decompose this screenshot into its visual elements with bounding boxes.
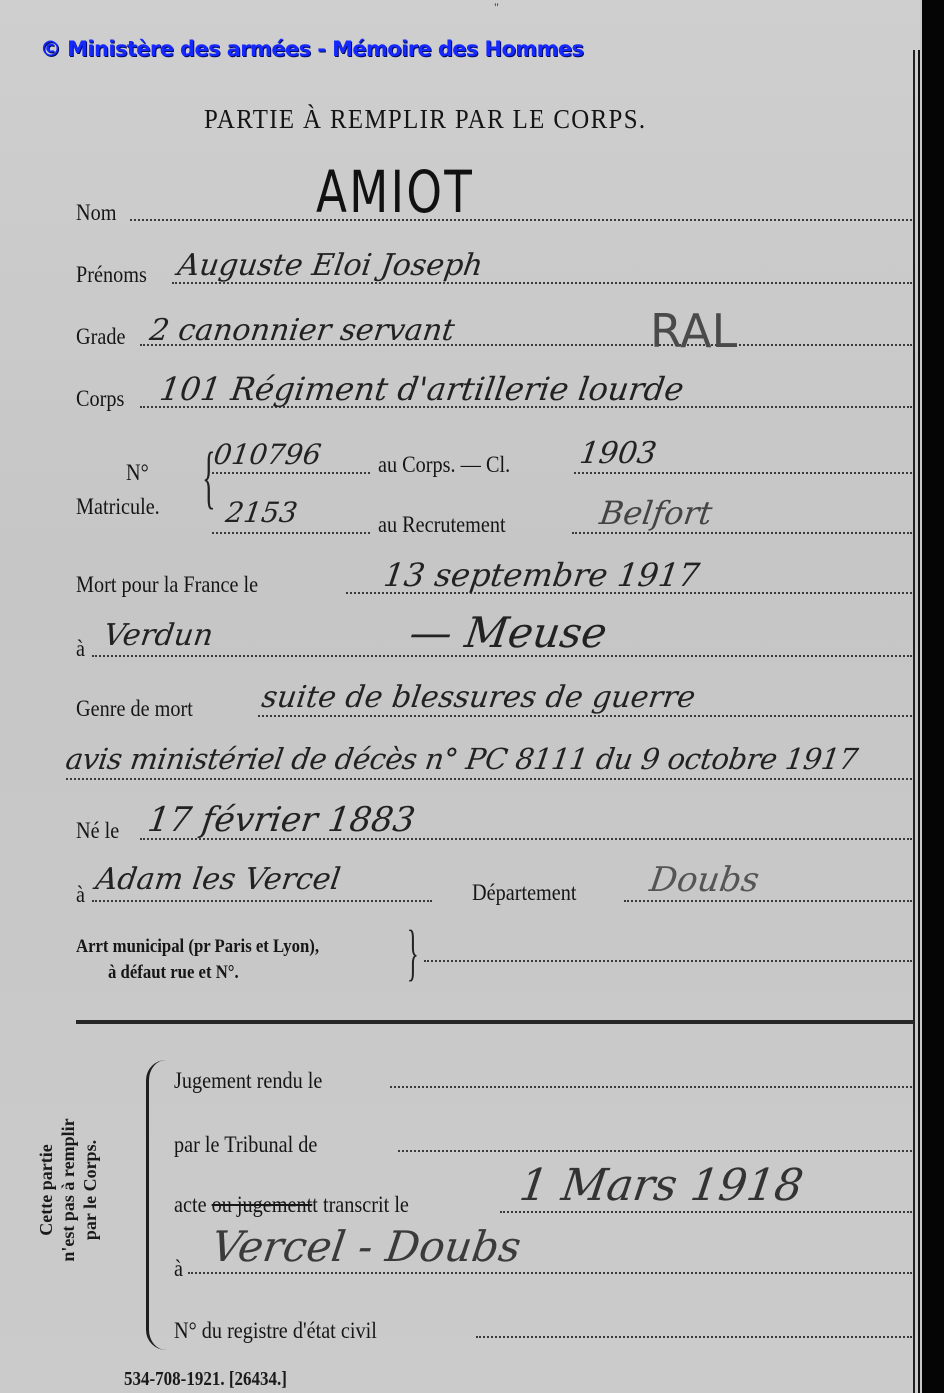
lieu-mort-department: — Meuse bbox=[407, 608, 611, 657]
lieu-mort-label: à bbox=[76, 636, 85, 662]
registre-line bbox=[476, 1336, 912, 1338]
departement-line bbox=[624, 900, 912, 902]
grade-label: Grade bbox=[76, 324, 125, 350]
recrutement-label: au Recrutement bbox=[378, 512, 506, 538]
arrondissement-brace: } bbox=[407, 918, 419, 989]
side-note-line-1: Cette partie bbox=[35, 1090, 57, 1290]
lieu-naissance-line bbox=[92, 900, 432, 902]
genre-mort-note: avis ministériel de décès n° PC 8111 du … bbox=[64, 742, 860, 776]
recrutement-place-line bbox=[572, 532, 912, 534]
side-note-line-3: par le Corps. bbox=[79, 1090, 101, 1290]
civil-section-bracket bbox=[146, 1060, 169, 1350]
matricule-label: Matricule. bbox=[76, 494, 160, 520]
mort-label: Mort pour la France le bbox=[76, 572, 258, 598]
lieu-naissance-label: à bbox=[76, 882, 85, 908]
lieu-transcription-value: Vercel - Doubs bbox=[209, 1222, 524, 1271]
lieu-naissance-value: Adam les Vercel bbox=[94, 862, 343, 897]
naissance-label: Né le bbox=[76, 818, 119, 844]
grade-annotation: RAL bbox=[650, 304, 737, 358]
classe-value: 1903 bbox=[578, 436, 659, 471]
genre-mort-line bbox=[258, 715, 912, 717]
matricule-no-label: N° bbox=[126, 460, 149, 486]
nom-label: Nom bbox=[76, 200, 116, 226]
lieu-transcription-label: à bbox=[174, 1256, 183, 1282]
nom-value: AMIOT bbox=[316, 158, 474, 226]
registre-label: N° du registre d'état civil bbox=[174, 1318, 377, 1344]
print-code: 534-708-1921. [26434.] bbox=[124, 1368, 287, 1391]
scan-edge bbox=[922, 0, 944, 1393]
genre-mort-label: Genre de mort bbox=[76, 696, 193, 722]
mort-value: 13 septembre 1917 bbox=[381, 556, 702, 594]
acte-line bbox=[500, 1211, 912, 1213]
arrondissement-label-2: à défaut rue et N°. bbox=[108, 962, 239, 984]
departement-label: Département bbox=[472, 880, 577, 906]
departement-value: Doubs bbox=[647, 860, 761, 900]
nom-line bbox=[130, 219, 912, 221]
civil-section-note: Cette partie n'est pas à remplir par le … bbox=[35, 1090, 101, 1290]
acte-value: 1 Mars 1918 bbox=[516, 1160, 806, 1211]
arrondissement-label-1: Arrt municipal (pr Paris et Lyon), bbox=[76, 936, 319, 958]
corps-number-value: 010796 bbox=[212, 438, 324, 471]
copyright-watermark: © Ministère des armées - Mémoire des Hom… bbox=[40, 37, 583, 61]
grade-value: 2 canonnier servant bbox=[148, 313, 457, 348]
jugement-label: Jugement rendu le bbox=[174, 1068, 322, 1094]
corps-class-label: au Corps. — Cl. bbox=[378, 452, 510, 478]
recrutement-place-value: Belfort bbox=[597, 494, 714, 532]
acte-label-a: acte bbox=[174, 1192, 212, 1217]
tribunal-line bbox=[398, 1150, 912, 1152]
prenoms-label: Prénoms bbox=[76, 262, 147, 288]
recrutement-number-value: 2153 bbox=[224, 496, 300, 529]
form-heading: PARTIE À REMPLIR PAR LE CORPS. bbox=[204, 104, 647, 135]
prenoms-value: Auguste Eloi Joseph bbox=[176, 248, 486, 283]
corps-number-line bbox=[212, 472, 370, 474]
section-divider bbox=[76, 1020, 914, 1024]
arrondissement-line bbox=[424, 960, 912, 962]
acte-label-struck: ou jugement bbox=[212, 1192, 313, 1217]
border-line bbox=[913, 50, 915, 1393]
recrutement-number-line bbox=[212, 532, 370, 534]
tribunal-label: par le Tribunal de bbox=[174, 1132, 317, 1158]
corps-value: 101 Régiment d'artillerie lourde bbox=[157, 370, 686, 408]
genre-mort-value: suite de blessures de guerre bbox=[260, 680, 698, 715]
naissance-value: 17 février 1883 bbox=[145, 800, 417, 840]
genre-mort-note-line bbox=[66, 778, 912, 780]
top-mark: " bbox=[494, 0, 499, 15]
acte-label: acte ou jugementt transcrit le bbox=[174, 1192, 409, 1218]
border-line bbox=[918, 50, 920, 1393]
acte-label-b: t transcrit le bbox=[312, 1192, 409, 1217]
lieu-transcription-line bbox=[188, 1272, 912, 1274]
corps-label: Corps bbox=[76, 386, 124, 412]
lieu-mort-value: Verdun bbox=[102, 618, 216, 653]
side-note-line-2: n'est pas à remplir bbox=[57, 1090, 79, 1290]
jugement-line bbox=[390, 1086, 912, 1088]
classe-line bbox=[574, 472, 912, 474]
